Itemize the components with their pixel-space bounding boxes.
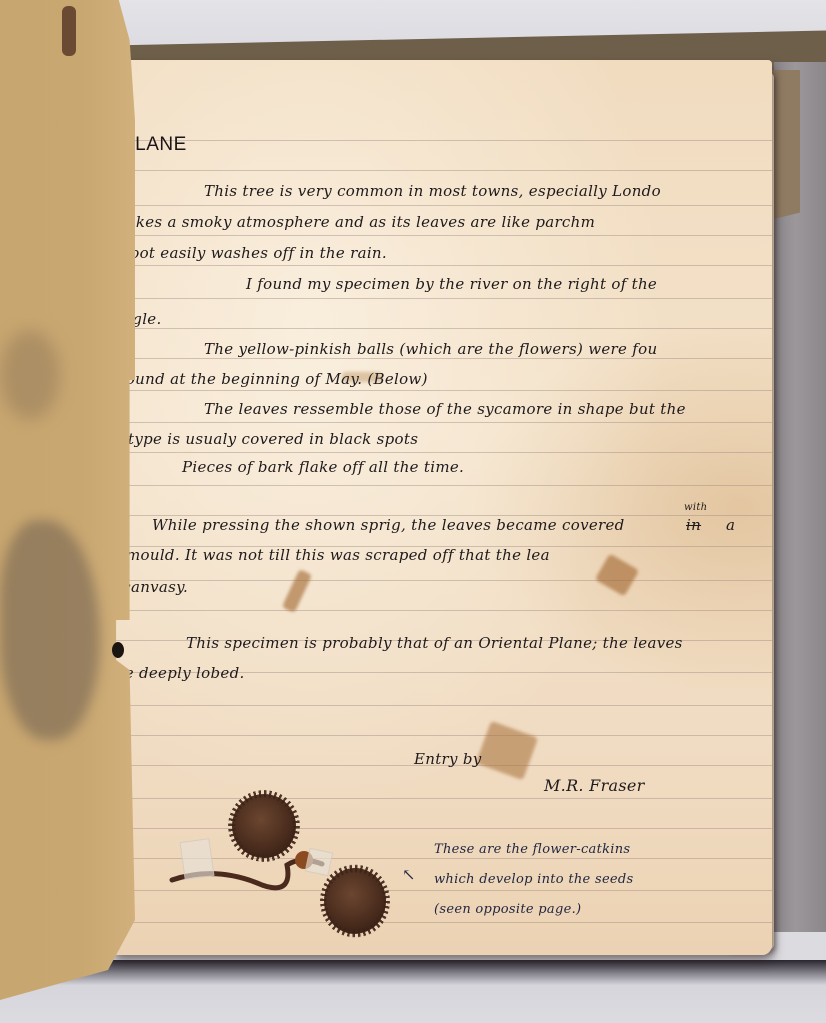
- text-line: found at the beginning of May. (Below): [120, 370, 428, 388]
- catkin-ball: [324, 868, 386, 934]
- text-line: This specimen is probably that of an Ori…: [186, 634, 683, 652]
- text-line: The yellow-pinkish balls (which are the …: [204, 340, 657, 358]
- ruled-line: [112, 610, 772, 611]
- ruled-line: [112, 298, 772, 299]
- tape-strip: [305, 848, 333, 876]
- table-shadow: [0, 960, 826, 1023]
- signature-name: M.R. Fraser: [544, 776, 645, 795]
- text-line: I found my specimen by the river on the …: [246, 275, 657, 293]
- note-line: (seen opposite page.): [434, 902, 581, 917]
- struck-word: in: [686, 516, 701, 534]
- ruled-line: [112, 235, 772, 236]
- cardboard-flap: [770, 70, 800, 220]
- catkin-ball: [232, 794, 296, 858]
- text-line: e soot easily washes off in the rain.: [112, 244, 387, 262]
- ruled-line: [112, 705, 772, 706]
- rust-stain: [282, 569, 312, 613]
- inserted-word: with: [684, 502, 707, 513]
- note-line: These are the flower-catkins: [434, 842, 630, 857]
- ruled-line: [112, 485, 772, 486]
- ruled-line: [112, 452, 772, 453]
- ruled-line: [112, 265, 772, 266]
- tape-strip: [180, 838, 215, 880]
- rust-stain: [595, 554, 639, 597]
- ruled-line: [112, 798, 772, 799]
- ruled-line: [112, 422, 772, 423]
- rust-stain: [476, 721, 538, 780]
- ruled-line: [112, 735, 772, 736]
- text-line: are deeply lobed.: [112, 664, 245, 682]
- text-line: The leaves ressemble those of the sycamo…: [204, 400, 686, 418]
- ruled-line: [112, 205, 772, 206]
- punch-hole: [112, 642, 124, 658]
- ruled-line: [112, 390, 772, 391]
- ruled-line: [112, 922, 772, 923]
- notebook-page: PLANE This tree is very common in most t…: [112, 60, 772, 955]
- text-line: type is usualy covered in black spots: [128, 430, 418, 448]
- arrow-icon: ↖: [402, 865, 415, 884]
- left-facing-page: [0, 0, 135, 1000]
- text-line: Pieces of bark flake off all the time.: [182, 458, 464, 476]
- signature-label: Entry by: [414, 750, 482, 768]
- ruled-line: [112, 580, 772, 581]
- text-line: While pressing the shown sprig, the leav…: [152, 516, 625, 534]
- text-line: mould. It was not till this was scraped …: [126, 546, 550, 564]
- binding-knot: [62, 6, 76, 56]
- ruled-line: [112, 170, 772, 171]
- text-line: This tree is very common in most towns, …: [204, 182, 661, 200]
- pressed-leaf-shadow: [0, 330, 60, 420]
- note-line: which develop into the seeds: [434, 872, 634, 887]
- text-word: a: [726, 516, 735, 534]
- ruled-line: [112, 358, 772, 359]
- ruled-line: [112, 828, 772, 829]
- ruled-line: [112, 328, 772, 329]
- text-line: It likes a smoky atmosphere and as its l…: [112, 213, 595, 231]
- ruled-line: [112, 140, 772, 141]
